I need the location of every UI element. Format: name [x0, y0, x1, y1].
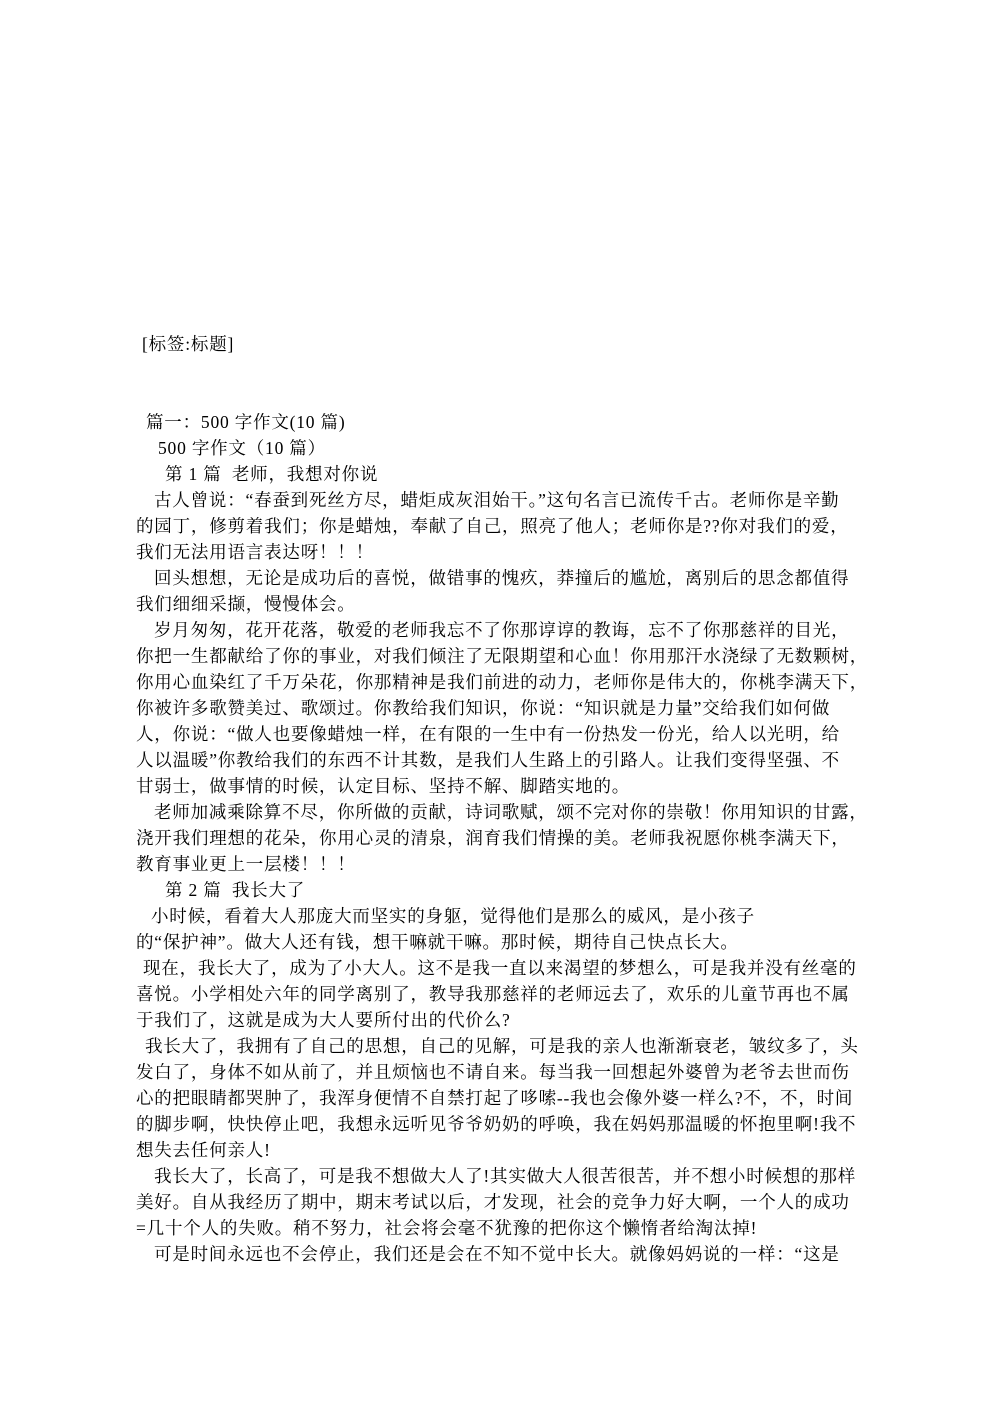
body-line: 你用心血染红了千万朵花，你那精神是我们前进的动力，老师你是伟大的，你桃李满天下， [136, 669, 876, 695]
body-line: 可是时间永远也不会停止，我们还是会在不知不觉中长大。就像妈妈说的一样：“这是 [136, 1241, 876, 1267]
body-line: 我们无法用语言表达呀！！！ [136, 539, 876, 565]
body-line: 小时候，看着大人那庞大而坚实的身躯，觉得他们是那么的威风，是小孩子 [136, 903, 876, 929]
body-line: 我长大了，我拥有了自己的思想，自己的见解，可是我的亲人也渐渐衰老，皱纹多了，头 [136, 1033, 876, 1059]
body-line: 老师加减乘除算不尽，你所做的贡献，诗词歌赋，颂不完对你的崇敬！你用知识的甘露， [136, 799, 876, 825]
section-title: 篇一：500 字作文(10 篇) [136, 409, 876, 435]
blank-line [136, 383, 876, 409]
essay-heading: 第 1 篇 老师，我想对你说 [136, 461, 876, 487]
body-line: 你被许多歌赞美过、歌颂过。你教给我们知识，你说：“知识就是力量”交给我们如何做 [136, 695, 876, 721]
body-line: 教育事业更上一层楼！！！ [136, 851, 876, 877]
body-line: 的园丁，修剪着我们；你是蜡烛，奉献了自己，照亮了他人；老师你是??你对我们的爱， [136, 513, 876, 539]
document-page: [标签:标题] 篇一：500 字作文(10 篇)500 字作文（10 篇）第 1… [0, 0, 993, 1404]
body-line: 岁月匆匆，花开花落，敬爱的老师我忘不了你那谆谆的教诲，忘不了你那慈祥的目光， [136, 617, 876, 643]
body-line: 甘弱士，做事情的时候，认定目标、坚持不解、脚踏实地的。 [136, 773, 876, 799]
body-line: 的脚步啊，快快停止吧，我想永远听见爷爷奶奶的呼唤，我在妈妈那温暖的怀抱里啊!我不 [136, 1111, 876, 1137]
blank-line [136, 357, 876, 383]
document-lines: [标签:标题] 篇一：500 字作文(10 篇)500 字作文（10 篇）第 1… [136, 331, 876, 1267]
body-line: 喜悦。小学相处六年的同学离别了，教导我那慈祥的老师远去了，欢乐的儿童节再也不属 [136, 981, 876, 1007]
body-line: 的“保护神”。做大人还有钱，想干嘛就干嘛。那时候，期待自己快点长大。 [136, 929, 876, 955]
body-line: 浇开我们理想的花朵，你用心灵的清泉，润育我们情操的美。老师我祝愿你桃李满天下， [136, 825, 876, 851]
body-line: 于我们了，这就是成为大人要所付出的代价么? [136, 1007, 876, 1033]
body-line: 人，你说：“做人也要像蜡烛一样，在有限的一生中有一份热发一份光，给人以光明，给 [136, 721, 876, 747]
body-line: 我们细细采撷，慢慢体会。 [136, 591, 876, 617]
tag-line: [标签:标题] [136, 331, 876, 357]
body-line: 人以温暖”你教给我们的东西不计其数，是我们人生路上的引路人。让我们变得坚强、不 [136, 747, 876, 773]
body-line: 想失去任何亲人! [136, 1137, 876, 1163]
body-line: =几十个人的失败。稍不努力，社会将会毫不犹豫的把你这个懒惰者给淘汰掉! [136, 1215, 876, 1241]
body-line: 古人曾说：“春蚕到死丝方尽，蜡炬成灰泪始干。”这句名言已流传千古。老师你是辛勤 [136, 487, 876, 513]
body-line: 心的把眼睛都哭肿了，我浑身便情不自禁打起了哆嗦--我也会像外婆一样么?不，不，时… [136, 1085, 876, 1111]
body-line: 美好。自从我经历了期中，期末考试以后，才发现，社会的竞争力好大啊，一个人的成功 [136, 1189, 876, 1215]
body-line: 现在，我长大了，成为了小大人。这不是我一直以来渴望的梦想么，可是我并没有丝毫的 [136, 955, 876, 981]
essay-heading: 第 2 篇 我长大了 [136, 877, 876, 903]
body-line: 回头想想，无论是成功后的喜悦，做错事的愧疚，莽撞后的尴尬，离别后的思念都值得 [136, 565, 876, 591]
body-line: 我长大了，长高了，可是我不想做大人了!其实做大人很苦很苦，并不想小时候想的那样 [136, 1163, 876, 1189]
subtitle: 500 字作文（10 篇） [136, 435, 876, 461]
body-line: 发白了，身体不如从前了，并且烦恼也不请自来。每当我一回想起外婆曾为老爷去世而伤 [136, 1059, 876, 1085]
body-line: 你把一生都献给了你的事业，对我们倾注了无限期望和心血！你用那汗水浇绿了无数颗树， [136, 643, 876, 669]
